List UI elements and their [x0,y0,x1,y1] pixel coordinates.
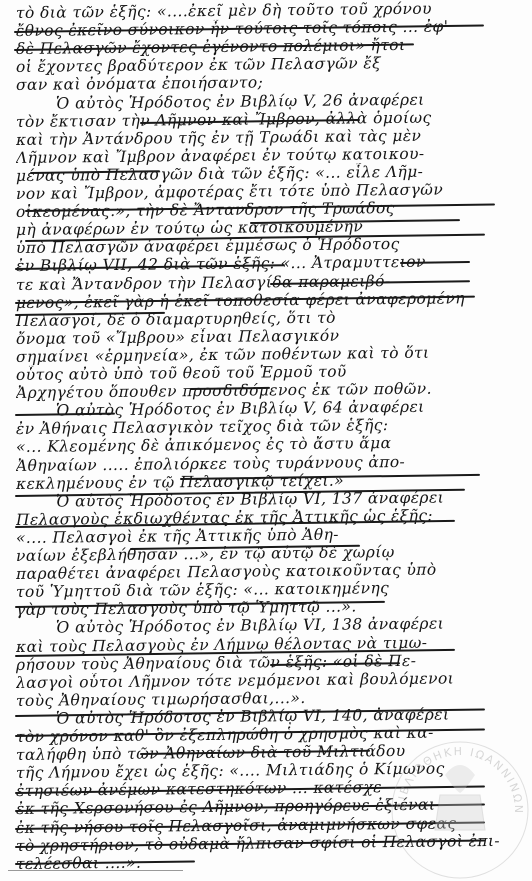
manuscript-page: τὸ διὰ τῶν ἑξῆς: «....ἐκεῖ μὲν δὴ τοῦτο … [0,0,532,881]
bottom-rule [8,870,183,871]
stamp-icon: ΒΙΒΛΙΟΘΗΚΗ ΙΩΑΝΝΙΝΩΝ [385,735,532,881]
library-stamp-watermark: ΒΙΒΛΙΟΘΗΚΗ ΙΩΑΝΝΙΝΩΝ [385,735,532,881]
